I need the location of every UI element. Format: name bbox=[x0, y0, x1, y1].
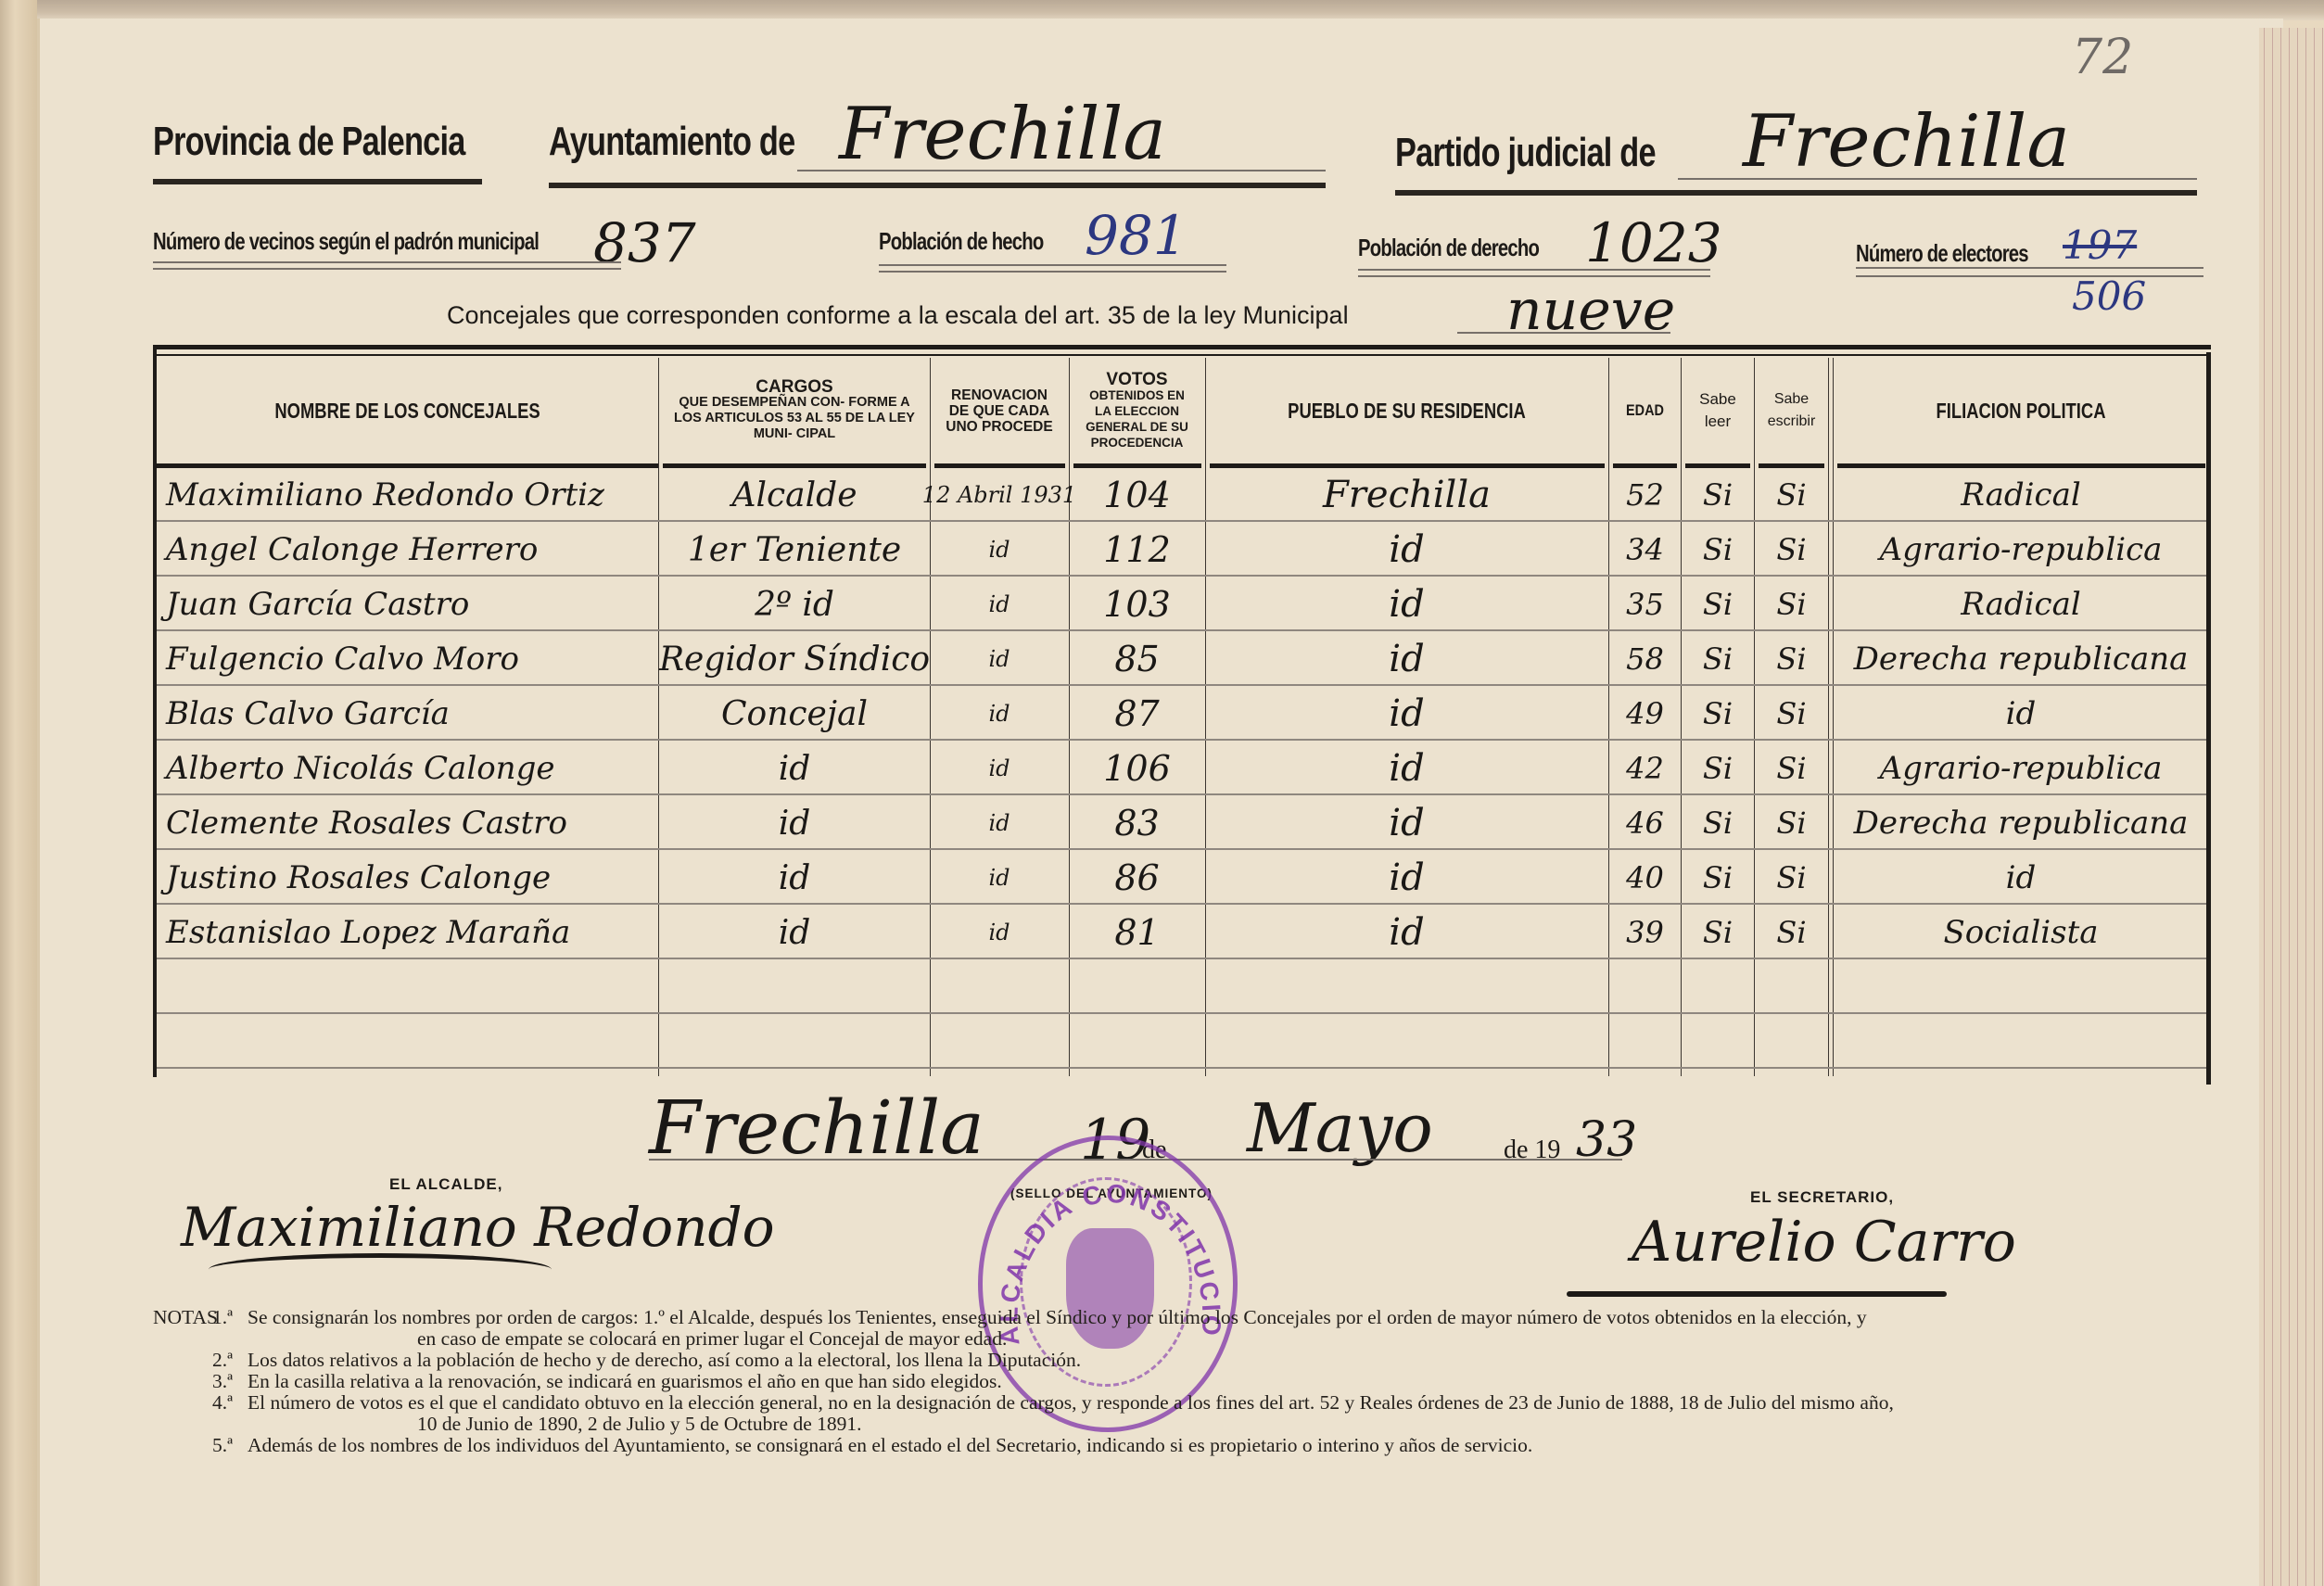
derecho-label: Población de derecho bbox=[1358, 234, 1539, 262]
row-rule bbox=[157, 1012, 2206, 1014]
header-pueblo: PUEBLO DE SU RESIDENCIA bbox=[1247, 358, 1567, 463]
cell-escribir: Si bbox=[1756, 525, 1827, 575]
hecho-value: 981 bbox=[1085, 204, 1187, 267]
cell-pueblo: id bbox=[1207, 907, 1606, 958]
provincia-underline bbox=[153, 179, 482, 184]
note-continuation: 10 de Junio de 1890, 2 de Julio y 5 de O… bbox=[153, 1414, 1894, 1435]
book-left-edge bbox=[0, 0, 37, 1586]
note-text: Los datos relativos a la población de he… bbox=[248, 1349, 1081, 1371]
row-rule bbox=[157, 575, 2206, 577]
table-row: Fulgencio Calvo MoroRegidor Síndicoid85i… bbox=[157, 632, 2206, 686]
cell-nombre: Clemente Rosales Castro bbox=[157, 798, 667, 848]
header-cargos: CARGOS QUE DESEMPEÑAN CON- FORME A LOS A… bbox=[661, 358, 928, 463]
header-nombre: NOMBRE DE LOS CONCEJALES bbox=[207, 358, 608, 463]
cell-votos: 85 bbox=[1071, 634, 1203, 684]
table-row: Angel Calonge Herrero1er Tenienteid112id… bbox=[157, 523, 2206, 577]
note-item: 3.ªEn la casilla relativa a la renovació… bbox=[153, 1371, 1894, 1392]
header-renovacion: RENOVACION DE QUE CADA UNO PROCEDE bbox=[932, 358, 1067, 463]
row-rule bbox=[157, 520, 2206, 522]
secretario-label: EL SECRETARIO, bbox=[1750, 1188, 1894, 1207]
secretario-signature: Aurelio Carro bbox=[1632, 1210, 2016, 1275]
cell-cargo: Concejal bbox=[661, 689, 928, 739]
notes-list: NOTAS1.ªSe consignarán los nombres por o… bbox=[153, 1307, 1894, 1456]
electores-value-struck: 197 bbox=[2063, 222, 2137, 268]
cell-cargo: Alcalde bbox=[661, 470, 928, 520]
provincia-label: Provincia de Palencia bbox=[153, 119, 465, 165]
cell-leer: Si bbox=[1683, 470, 1753, 520]
note-number: 1.ª bbox=[212, 1307, 248, 1328]
header-renovacion-text: RENOVACION DE QUE CADA UNO PROCEDE bbox=[944, 387, 1055, 435]
cell-renovacion: id bbox=[932, 907, 1067, 958]
note-continuation: en caso de empate se colocará en primer … bbox=[153, 1328, 1894, 1350]
header-cargos-sub: QUE DESEMPEÑAN CON- FORME A LOS ARTICULO… bbox=[669, 395, 920, 442]
vecinos-line-2 bbox=[153, 268, 621, 270]
ayuntamiento-value: Frechilla bbox=[839, 93, 1166, 176]
cell-escribir: Si bbox=[1756, 743, 1827, 793]
cell-nombre: Angel Calonge Herrero bbox=[157, 525, 667, 575]
header-escribir-text: Sabe escribir bbox=[1764, 388, 1820, 433]
note-text: Además de los nombres de los individuos … bbox=[248, 1434, 1532, 1456]
ayuntamiento-underline bbox=[549, 183, 1326, 188]
cell-pueblo: id bbox=[1207, 689, 1606, 739]
book-page-stack-edge bbox=[2259, 28, 2324, 1586]
cell-pueblo bbox=[1207, 1017, 1606, 1067]
electores-line-1 bbox=[1856, 267, 2203, 269]
cell-edad bbox=[1610, 962, 1680, 1012]
cell-edad: 40 bbox=[1610, 853, 1680, 903]
cell-votos bbox=[1071, 1017, 1203, 1067]
cell-votos: 104 bbox=[1071, 470, 1203, 520]
header-escribir: Sabe escribir bbox=[1756, 358, 1827, 463]
row-rule bbox=[157, 958, 2206, 959]
cell-pueblo: id bbox=[1207, 798, 1606, 848]
cell-votos: 87 bbox=[1071, 689, 1203, 739]
cell-nombre: Alberto Nicolás Calonge bbox=[157, 743, 667, 793]
table-row: Juan García Castro2º idid103id35SiSiRadi… bbox=[157, 577, 2206, 631]
cell-votos: 112 bbox=[1071, 525, 1203, 575]
cell-edad: 34 bbox=[1610, 525, 1680, 575]
cell-nombre: Fulgencio Calvo Moro bbox=[157, 634, 667, 684]
note-item: 5.ªAdemás de los nombres de los individu… bbox=[153, 1435, 1894, 1456]
cell-escribir: Si bbox=[1756, 634, 1827, 684]
vecinos-value: 837 bbox=[593, 211, 696, 274]
cell-leer: Si bbox=[1683, 525, 1753, 575]
table-row: Maximiliano Redondo OrtizAlcalde12 Abril… bbox=[157, 468, 2206, 522]
partido-value: Frechilla bbox=[1743, 100, 2070, 184]
cell-nombre: Blas Calvo García bbox=[157, 689, 667, 739]
table-row bbox=[157, 960, 2206, 1014]
row-rule bbox=[157, 793, 2206, 795]
cell-votos: 81 bbox=[1071, 907, 1203, 958]
electores-value: 506 bbox=[2072, 273, 2146, 319]
cell-escribir: Si bbox=[1756, 853, 1827, 903]
alcalde-label: EL ALCALDE, bbox=[389, 1175, 502, 1194]
derecho-value: 1023 bbox=[1585, 211, 1722, 274]
derecho-line-2 bbox=[1358, 275, 1710, 277]
hecho-line-1 bbox=[879, 264, 1226, 266]
cell-nombre: Maximiliano Redondo Ortiz bbox=[157, 470, 667, 520]
cell-escribir: Si bbox=[1756, 907, 1827, 958]
cell-edad: 52 bbox=[1610, 470, 1680, 520]
cell-cargo: Regidor Síndico bbox=[661, 634, 928, 684]
cell-filiacion: Agrario-republica bbox=[1835, 525, 2207, 575]
vecinos-label: Número de vecinos según el padrón munici… bbox=[153, 227, 539, 256]
cell-cargo: id bbox=[661, 853, 928, 903]
header-leer-text: Sabe leer bbox=[1695, 388, 1741, 433]
header-votos: VOTOS OBTENIDOS EN LA ELECCION GENERAL D… bbox=[1071, 358, 1203, 463]
row-rule bbox=[157, 903, 2206, 905]
cell-renovacion: id bbox=[932, 689, 1067, 739]
note-text: Se consignarán los nombres por orden de … bbox=[248, 1306, 1867, 1328]
cell-leer: Si bbox=[1683, 743, 1753, 793]
cell-edad: 49 bbox=[1610, 689, 1680, 739]
table-row: Justino Rosales Calongeidid86id40SiSiid bbox=[157, 851, 2206, 905]
ayuntamiento-field-line bbox=[797, 170, 1326, 171]
cell-pueblo: id bbox=[1207, 525, 1606, 575]
header-cargos-title: CARGOS bbox=[756, 379, 832, 395]
cell-pueblo: Frechilla bbox=[1207, 470, 1606, 520]
table-row: Estanislao Lopez Marañaidid81id39SiSiSoc… bbox=[157, 906, 2206, 959]
table-row: Blas Calvo GarcíaConcejalid87id49SiSiid bbox=[157, 687, 2206, 741]
table-row: Clemente Rosales Castroidid83id46SiSiDer… bbox=[157, 796, 2206, 850]
cell-cargo: 2º id bbox=[661, 579, 928, 629]
cell-cargo: id bbox=[661, 798, 928, 848]
cell-votos: 106 bbox=[1071, 743, 1203, 793]
cell-votos: 86 bbox=[1071, 853, 1203, 903]
partido-label: Partido judicial de bbox=[1395, 130, 1656, 176]
note-text: En la casilla relativa a la renovación, … bbox=[248, 1370, 1002, 1392]
header-votos-sub: OBTENIDOS EN LA ELECCION GENERAL DE SU P… bbox=[1082, 387, 1193, 450]
date-year-prefix: de 19 bbox=[1504, 1136, 1560, 1165]
cell-filiacion: Socialista bbox=[1835, 907, 2207, 958]
cell-escribir bbox=[1756, 1017, 1827, 1067]
ayuntamiento-label: Ayuntamiento de bbox=[549, 119, 794, 165]
cell-renovacion bbox=[932, 962, 1067, 1012]
date-month: Mayo bbox=[1247, 1089, 1433, 1167]
cell-pueblo: id bbox=[1207, 853, 1606, 903]
cell-votos: 103 bbox=[1071, 579, 1203, 629]
cell-nombre: Justino Rosales Calonge bbox=[157, 853, 667, 903]
note-number: 4.ª bbox=[212, 1392, 248, 1414]
cell-filiacion: Derecha republicana bbox=[1835, 634, 2207, 684]
cell-pueblo bbox=[1207, 962, 1606, 1012]
derecho-line-1 bbox=[1358, 269, 1710, 271]
cell-cargo bbox=[661, 1017, 928, 1067]
cell-escribir bbox=[1756, 962, 1827, 1012]
alcalde-flourish bbox=[209, 1253, 552, 1286]
secretario-flourish bbox=[1567, 1291, 1947, 1297]
cell-renovacion: id bbox=[932, 579, 1067, 629]
cell-filiacion: Radical bbox=[1835, 470, 2207, 520]
cell-leer: Si bbox=[1683, 853, 1753, 903]
page-number: 72 bbox=[2072, 30, 2133, 85]
cell-leer: Si bbox=[1683, 579, 1753, 629]
row-rule bbox=[157, 629, 2206, 631]
cell-pueblo: id bbox=[1207, 579, 1606, 629]
note-item: 2.ªLos datos relativos a la población de… bbox=[153, 1350, 1894, 1371]
cell-edad bbox=[1610, 1017, 1680, 1067]
cell-filiacion bbox=[1835, 1017, 2207, 1067]
cell-leer bbox=[1683, 962, 1753, 1012]
cell-renovacion: id bbox=[932, 634, 1067, 684]
row-rule bbox=[157, 1067, 2206, 1069]
electores-label: Número de electores bbox=[1856, 239, 2028, 268]
note-number: 2.ª bbox=[212, 1350, 248, 1371]
header-edad: EDAD bbox=[1616, 358, 1675, 463]
cell-leer: Si bbox=[1683, 907, 1753, 958]
cell-edad: 39 bbox=[1610, 907, 1680, 958]
book-top-edge bbox=[0, 0, 2324, 20]
header-votos-title: VOTOS bbox=[1106, 372, 1167, 387]
hecho-line-2 bbox=[879, 271, 1226, 273]
cell-renovacion bbox=[932, 1017, 1067, 1067]
cell-filiacion: Radical bbox=[1835, 579, 2207, 629]
cell-renovacion: id bbox=[932, 853, 1067, 903]
cell-votos: 83 bbox=[1071, 798, 1203, 848]
hecho-label: Población de hecho bbox=[879, 227, 1044, 256]
cell-nombre bbox=[157, 1017, 667, 1067]
note-number: 5.ª bbox=[212, 1435, 248, 1456]
cell-escribir: Si bbox=[1756, 579, 1827, 629]
cell-pueblo: id bbox=[1207, 634, 1606, 684]
cell-edad: 35 bbox=[1610, 579, 1680, 629]
electores-line-2 bbox=[1856, 275, 2203, 277]
cell-renovacion: id bbox=[932, 525, 1067, 575]
row-rule bbox=[157, 684, 2206, 686]
cell-edad: 58 bbox=[1610, 634, 1680, 684]
concejales-label: Concejales que corresponden conforme a l… bbox=[447, 301, 1349, 330]
cell-pueblo: id bbox=[1207, 743, 1606, 793]
table-row: Alberto Nicolás Calongeidid106id42SiSiAg… bbox=[157, 742, 2206, 795]
alcalde-signature: Maximiliano Redondo bbox=[181, 1196, 775, 1259]
note-item: NOTAS1.ªSe consignarán los nombres por o… bbox=[153, 1307, 1894, 1328]
cell-escribir: Si bbox=[1756, 689, 1827, 739]
cell-leer: Si bbox=[1683, 798, 1753, 848]
cell-escribir: Si bbox=[1756, 470, 1827, 520]
notes-section: NOTAS1.ªSe consignarán los nombres por o… bbox=[153, 1307, 1894, 1456]
concejales-field-line bbox=[1457, 332, 1670, 334]
table-top-border-inner bbox=[153, 354, 2211, 356]
header-filiacion: FILIACION POLITICA bbox=[1872, 358, 2170, 463]
cell-filiacion: Agrario-republica bbox=[1835, 743, 2207, 793]
concejales-table: NOMBRE DE LOS CONCEJALES CARGOS QUE DESE… bbox=[153, 345, 2211, 1082]
note-text: El número de votos es el que el candidat… bbox=[248, 1391, 1894, 1414]
cell-edad: 42 bbox=[1610, 743, 1680, 793]
cell-cargo: id bbox=[661, 907, 928, 958]
cell-renovacion: id bbox=[932, 798, 1067, 848]
cell-filiacion: id bbox=[1835, 853, 2207, 903]
notes-label: NOTAS bbox=[153, 1307, 212, 1328]
cell-escribir: Si bbox=[1756, 798, 1827, 848]
cell-filiacion: id bbox=[1835, 689, 2207, 739]
cell-renovacion: 12 Abril 1931 bbox=[932, 470, 1067, 520]
cell-cargo: id bbox=[661, 743, 928, 793]
cell-nombre bbox=[157, 962, 667, 1012]
cell-leer: Si bbox=[1683, 634, 1753, 684]
table-row bbox=[157, 1015, 2206, 1069]
cell-filiacion: Derecha republicana bbox=[1835, 798, 2207, 848]
table-top-border bbox=[153, 345, 2211, 349]
cell-leer: Si bbox=[1683, 689, 1753, 739]
partido-field-line bbox=[1678, 178, 2197, 180]
cell-leer bbox=[1683, 1017, 1753, 1067]
cell-cargo: 1er Teniente bbox=[661, 525, 928, 575]
cell-nombre: Estanislao Lopez Maraña bbox=[157, 907, 667, 958]
vecinos-line-1 bbox=[153, 261, 621, 263]
cell-renovacion: id bbox=[932, 743, 1067, 793]
note-item: 4.ªEl número de votos es el que el candi… bbox=[153, 1392, 1894, 1414]
note-number: 3.ª bbox=[212, 1371, 248, 1392]
header-leer: Sabe leer bbox=[1683, 358, 1753, 463]
row-rule bbox=[157, 848, 2206, 850]
cell-filiacion bbox=[1835, 962, 2207, 1012]
cell-votos bbox=[1071, 962, 1203, 1012]
cell-nombre: Juan García Castro bbox=[157, 579, 667, 629]
cell-cargo bbox=[661, 962, 928, 1012]
cell-edad: 46 bbox=[1610, 798, 1680, 848]
row-rule bbox=[157, 739, 2206, 741]
partido-underline bbox=[1395, 190, 2197, 196]
